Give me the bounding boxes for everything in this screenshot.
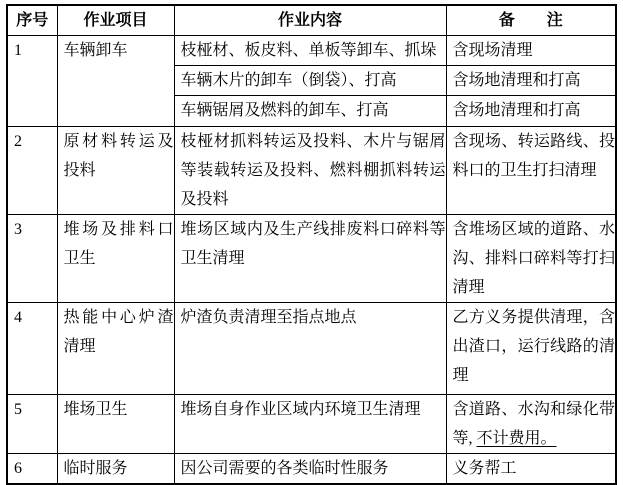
document-page: 序号 作业项目 作业内容 备 注 1 车辆卸车 枝桠材、板皮料、单板等卸车、抓垛… [0,0,623,482]
cell-r2-remark: 含现场、转运路线、投料口的卫生打扫清理 [446,127,616,215]
cell-r5-content: 堆场自身作业区域内环境卫生清理 [174,395,446,454]
cell-r1-item: 车辆卸车 [57,36,174,127]
cell-r1c-content: 车辆锯屑及燃料的卸车、打高 [174,96,446,127]
remark-underlined-text: 不计费用。 [477,430,557,447]
cell-r1-num: 1 [7,36,57,127]
table-row: 6 临时服务 因公司需要的各类临时性服务 义务帮工 [7,454,616,485]
cell-r6-num: 6 [7,454,57,485]
cell-r6-remark: 义务帮工 [446,454,616,485]
cell-r2-item: 原材料转运及投料 [57,127,174,215]
cell-r5-item: 堆场卫生 [57,395,174,454]
work-items-table: 序号 作业项目 作业内容 备 注 1 车辆卸车 枝桠材、板皮料、单板等卸车、抓垛… [6,4,617,485]
cell-r2-content: 枝桠材抓料转运及投料、木片与锯屑等装载转运及投料、燃料棚抓料转运及投料 [174,127,446,215]
header-content: 作业内容 [174,5,446,36]
cell-r6-content: 因公司需要的各类临时性服务 [174,454,446,485]
cell-r1a-remark: 含现场清理 [446,36,616,66]
cell-r5-remark: 含道路、水沟和绿化带等, 不计费用。 [446,395,616,454]
cell-r4-remark: 乙方义务提供清理，含出渣口，运行线路的清理 [446,303,616,395]
cell-r4-content: 炉渣负责清理至指点地点 [174,303,446,395]
table-row: 3 堆场及排料口卫生 堆场区域内及生产线排废料口碎料等卫生清理 含堆场区域的道路… [7,215,616,303]
table-row: 5 堆场卫生 堆场自身作业区域内环境卫生清理 含道路、水沟和绿化带等, 不计费用… [7,395,616,454]
cell-r1b-content: 车辆木片的卸车（倒袋）、打高 [174,66,446,96]
table-row: 4 热能中心炉渣清理 炉渣负责清理至指点地点 乙方义务提供清理，含出渣口，运行线… [7,303,616,395]
cell-r1a-content: 枝桠材、板皮料、单板等卸车、抓垛 [174,36,446,66]
cell-r4-num: 4 [7,303,57,395]
cell-r1b-remark: 含场地清理和打高 [446,66,616,96]
cell-r3-content: 堆场区域内及生产线排废料口碎料等卫生清理 [174,215,446,303]
header-num: 序号 [7,5,57,36]
cell-r1c-remark: 含场地清理和打高 [446,96,616,127]
cell-r4-item: 热能中心炉渣清理 [57,303,174,395]
table-row: 2 原材料转运及投料 枝桠材抓料转运及投料、木片与锯屑等装载转运及投料、燃料棚抓… [7,127,616,215]
table-header-row: 序号 作业项目 作业内容 备 注 [7,5,616,36]
cell-r6-item: 临时服务 [57,454,174,485]
header-remark: 备 注 [446,5,616,36]
cell-r3-remark: 含堆场区域的道路、水沟、排料口碎料等打扫清理 [446,215,616,303]
table-row: 1 车辆卸车 枝桠材、板皮料、单板等卸车、抓垛 含现场清理 [7,36,616,66]
cell-r5-num: 5 [7,395,57,454]
cell-r3-item: 堆场及排料口卫生 [57,215,174,303]
header-item: 作业项目 [57,5,174,36]
cell-r2-num: 2 [7,127,57,215]
cell-r3-num: 3 [7,215,57,303]
